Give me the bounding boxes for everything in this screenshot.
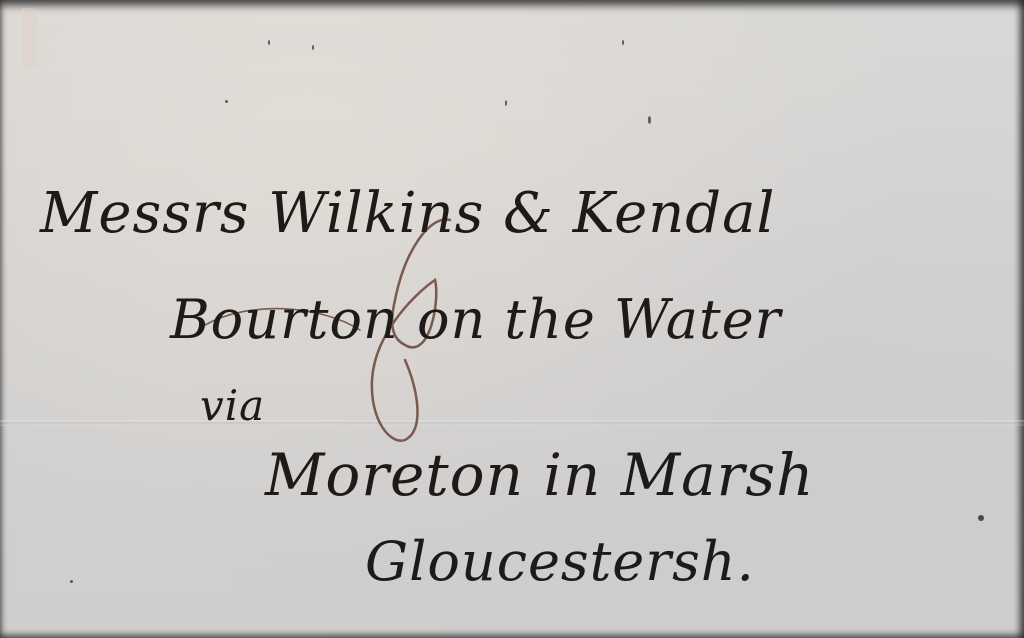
postage-mark-value: 8 — [380, 429, 382, 431]
address-line-3: via — [200, 381, 265, 430]
handwriting-layer: Messrs Wilkins & Kendal Bourton on the W… — [0, 0, 1024, 638]
address-line-2: Bourton on the Water — [169, 288, 784, 351]
address-line-5: Gloucestersh. — [365, 530, 755, 593]
envelope: Messrs Wilkins & Kendal Bourton on the W… — [0, 0, 1024, 638]
address-line-4: Moreton in Marsh — [264, 441, 815, 509]
address-line-1: Messrs Wilkins & Kendal — [39, 181, 775, 246]
